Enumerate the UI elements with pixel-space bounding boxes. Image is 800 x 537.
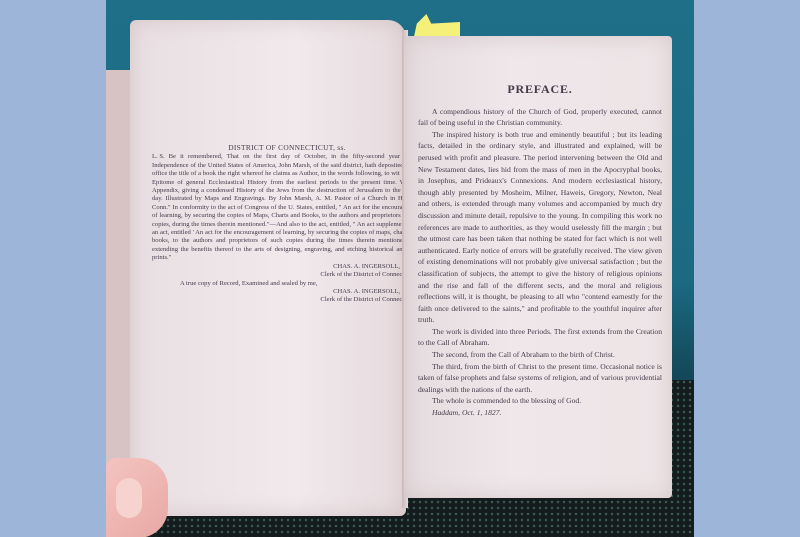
preface-paragraph: The second, from the Call of Abraham to … bbox=[418, 349, 662, 361]
holding-thumb bbox=[106, 458, 168, 537]
signature-title-1: Clerk of the District of Connecticut bbox=[152, 271, 422, 279]
preface-text: PREFACE. A compendious history of the Ch… bbox=[418, 84, 662, 419]
preface-paragraph: The third, from the birth of Christ to t… bbox=[418, 361, 662, 396]
preface-paragraph: A compendious history of the Church of G… bbox=[418, 106, 662, 129]
preface-paragraph: The inspired history is both true and em… bbox=[418, 129, 662, 326]
thumbnail bbox=[116, 478, 142, 518]
signature-name-1: CHAS. A. INGERSOLL, bbox=[152, 263, 422, 271]
left-page-copyright: DISTRICT OF CONNECTICUT, ss. L. S. Be it… bbox=[130, 20, 406, 516]
copyright-body: Be it remembered, That on the first day … bbox=[152, 153, 422, 262]
copyright-heading: DISTRICT OF CONNECTICUT, ss. bbox=[152, 144, 422, 152]
seal-mark: L. S. bbox=[152, 153, 165, 161]
preface-dateline: Haddam, Oct. 1, 1827. bbox=[418, 407, 662, 419]
signature-name-2: CHAS. A. INGERSOLL, bbox=[152, 288, 422, 296]
signature-title-2: Clerk of the District of Connecticut bbox=[152, 296, 422, 304]
preface-paragraph: The whole is commended to the blessing o… bbox=[418, 395, 662, 407]
right-page-preface: PREFACE. A compendious history of the Ch… bbox=[404, 36, 672, 498]
preface-paragraph: The work is divided into three Periods. … bbox=[418, 326, 662, 349]
preface-title: PREFACE. bbox=[418, 84, 662, 96]
copyright-notice: DISTRICT OF CONNECTICUT, ss. L. S. Be it… bbox=[152, 144, 422, 305]
true-copy-line: A true copy of Record, Examined and seal… bbox=[152, 280, 422, 288]
book-photo: DISTRICT OF CONNECTICUT, ss. L. S. Be it… bbox=[106, 0, 694, 537]
